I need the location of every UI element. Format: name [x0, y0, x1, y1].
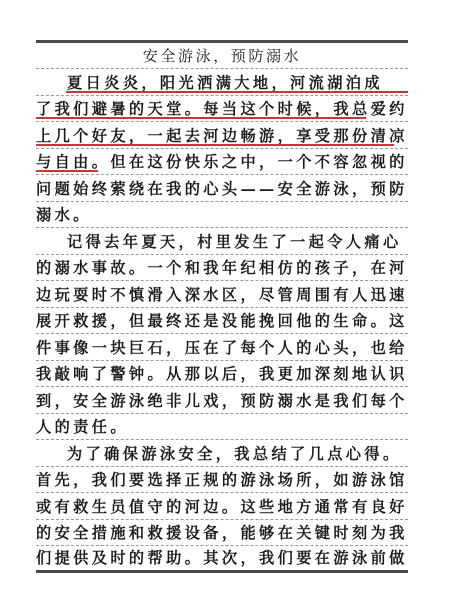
essay-line: 展开救援，但最终还是没能挽回他的生命。这	[36, 308, 408, 335]
essay-line: 人的责任。	[36, 414, 408, 441]
line-text: 人的责任。	[36, 418, 129, 436]
line-text: 或有救生员值守的河边。这些地方通常有良好	[36, 498, 408, 516]
essay-line: 记得去年夏天，村里发生了一起令人痛心	[36, 228, 408, 255]
essay-line: 件事像一块巨石，压在了每个人的心头，也给	[36, 334, 408, 361]
essay-line: 了我们避暑的天堂。每当这个时候，我总爱约	[36, 96, 408, 123]
line-text: 夏日炎炎，阳光洒满大地，河流湖泊成	[36, 74, 383, 92]
essay-line: 的安全措施和救援设备，能够在关键时刻为我	[36, 520, 408, 547]
line-text: 件事像一块巨石，压在了每个人的心头，也给	[36, 339, 408, 357]
essay-line: 为了确保游泳安全，我总结了几点心得。	[36, 440, 408, 467]
line-text: 问题始终萦绕在我的心头——安全游泳，预防	[36, 180, 408, 198]
line-text: 上几个好友，一起去河边畅游，享受那份清凉	[36, 127, 408, 145]
line-text: 展开救援，但最终还是没能挽回他的生命。这	[36, 312, 408, 330]
essay-line: 夏日炎炎，阳光洒满大地，河流湖泊成	[36, 69, 408, 96]
line-text: 记得去年夏天，村里发生了一起令人痛心	[36, 233, 402, 251]
line-text: 我敲响了警钟。从那以后，我更加深刻地认识	[36, 365, 408, 383]
essay-title: 安全游泳，预防溺水	[143, 47, 301, 65]
essay-sheet: 安全游泳，预防溺水 夏日炎炎，阳光洒满大地，河流湖泊成了我们避暑的天堂。每当这个…	[36, 40, 408, 573]
essay-line: 问题始终萦绕在我的心头——安全游泳，预防	[36, 175, 408, 202]
line-text: 溺水。	[36, 206, 92, 224]
line-text: 了我们避暑的天堂。每当这个时候，我总爱约	[36, 100, 408, 118]
red-underline	[36, 117, 366, 119]
line-text: 边玩耍时不慎滑入深水区，尽管周围有人迅速	[36, 286, 408, 304]
title-row: 安全游泳，预防溺水	[36, 43, 408, 69]
essay-line: 我敲响了警钟。从那以后，我更加深刻地认识	[36, 361, 408, 388]
essay-body: 夏日炎炎，阳光洒满大地，河流湖泊成了我们避暑的天堂。每当这个时候，我总爱约上几个…	[36, 69, 408, 573]
essay-line: 到，安全游泳绝非儿戏，预防溺水是我们每个	[36, 387, 408, 414]
line-text: 与自由。但在这份快乐之中，一个不容忽视的	[36, 153, 408, 171]
essay-line: 们提供及时的帮助。其次，我们要在游泳前做	[36, 546, 408, 573]
essay-line: 的溺水事故。一个和我年纪相仿的孩子，在河	[36, 255, 408, 282]
essay-line: 上几个好友，一起去河边畅游，享受那份清凉	[36, 122, 408, 149]
essay-line: 首先，我们要选择正规的游泳场所，如游泳馆	[36, 467, 408, 494]
line-text: 首先，我们要选择正规的游泳场所，如游泳馆	[36, 471, 408, 489]
line-text: 为了确保游泳安全，我总结了几点心得。	[36, 445, 402, 463]
line-text: 的溺水事故。一个和我年纪相仿的孩子，在河	[36, 259, 408, 277]
essay-line: 与自由。但在这份快乐之中，一个不容忽视的	[36, 149, 408, 176]
line-text: 到，安全游泳绝非儿戏，预防溺水是我们每个	[36, 392, 408, 410]
essay-line: 溺水。	[36, 202, 408, 229]
red-underline	[36, 144, 394, 146]
red-underline	[66, 91, 408, 93]
red-underline	[36, 170, 98, 172]
essay-line: 边玩耍时不慎滑入深水区，尽管周围有人迅速	[36, 281, 408, 308]
line-text: 的安全措施和救援设备，能够在关键时刻为我	[36, 524, 408, 542]
essay-line: 或有救生员值守的河边。这些地方通常有良好	[36, 493, 408, 520]
line-text: 们提供及时的帮助。其次，我们要在游泳前做	[36, 549, 408, 567]
